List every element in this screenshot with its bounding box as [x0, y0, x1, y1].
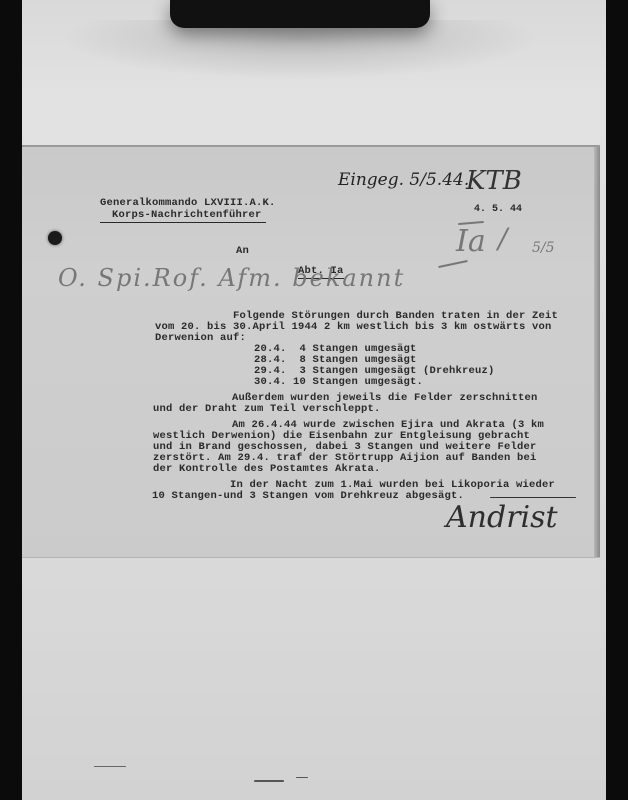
film-scratch [296, 777, 308, 778]
handwritten-received-date: Eingeg. 5/5.44. [338, 170, 469, 190]
incident-date: 30.4. [254, 376, 287, 388]
header-office: Korps-Nachrichtenführer [100, 210, 266, 223]
routing-note-ia: Ia [456, 224, 486, 259]
incident-text: 10 Stangen umgesägt. [293, 376, 423, 388]
ktb-initials: KTB [466, 166, 522, 196]
film-edge-left [0, 0, 22, 800]
film-edge-right [606, 0, 628, 800]
body-intro-line-3: Derwenion auf: [155, 333, 246, 344]
routing-initials-date: 5/5 [532, 240, 555, 256]
clip-shadow [60, 20, 540, 80]
film-scratch [94, 766, 126, 767]
header-unit: Generalkommando LXVIII.A.K. [100, 198, 276, 209]
punch-hole [48, 231, 62, 245]
typed-stamp-date: 4. 5. 44 [474, 204, 522, 215]
incident-row: 30.4. 10 Stangen umgesägt. [254, 377, 423, 388]
body-para4-line-2: 10 Stangen-und 3 Stangen vom Drehkreuz a… [152, 491, 464, 502]
routing-initials: / [498, 222, 507, 255]
signature: Andrist [446, 500, 558, 535]
signature-underline [490, 497, 576, 498]
binder-clip [170, 0, 430, 28]
handwritten-margin-note: O. Spi.Rof. Afm. bekannt [58, 264, 405, 292]
film-scratch [254, 780, 284, 782]
body-para2-line-2: und der Draht zum Teil verschleppt. [153, 404, 381, 415]
body-para3-line-5: der Kontrolle des Postamtes Akrata. [153, 464, 381, 475]
addressee-label: An [236, 246, 249, 257]
